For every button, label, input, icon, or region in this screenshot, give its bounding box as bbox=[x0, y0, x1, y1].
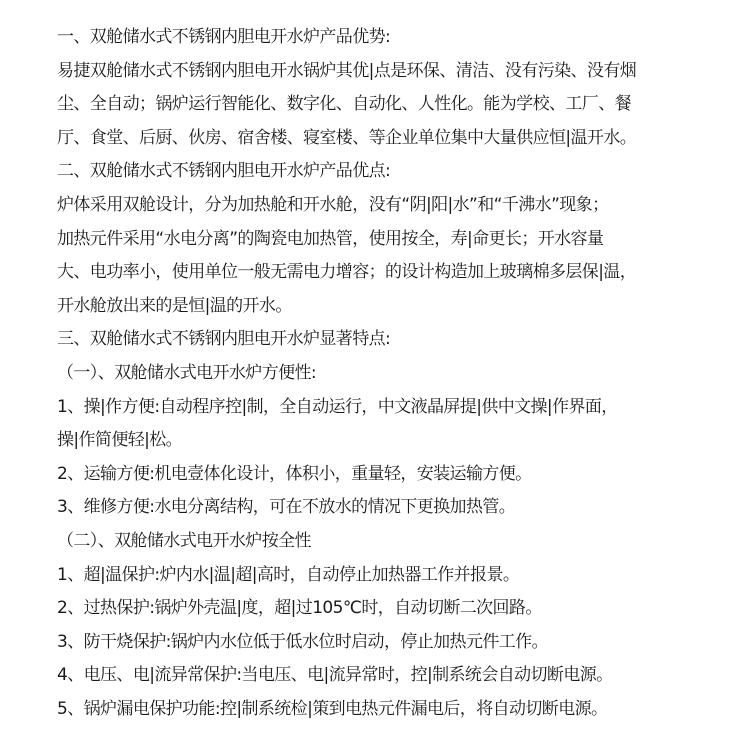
list-item: 2、过热保护:锅炉外壳温|度，超|过105℃时，自动切断二次回路。 bbox=[57, 592, 717, 626]
list-item: 3、维修方便:水电分离结构，可在不放水的情况下更换加热管。 bbox=[57, 491, 717, 525]
list-item-continuation: 操|作简便轻|松。 bbox=[57, 424, 717, 458]
paragraph-line: 炉体采用双舱设计，分为加热舱和开水舱，没有“阴|阳|水”和“千沸水”现象； bbox=[57, 189, 717, 223]
paragraph-line: 加热元件采用“水电分离”的陶瓷电加热管，使用按全，寿|命更长；开水容量 bbox=[57, 223, 717, 257]
paragraph-line: 大、电功率小，使用单位一般无需电力增容；的设计构造加上玻璃棉多层保|温， bbox=[57, 256, 717, 290]
subsection-heading-safety: （二）、双舱储水式电开水炉按全性 bbox=[57, 525, 717, 559]
paragraph-line: 开水舱放出来的是恒|温的开水。 bbox=[57, 290, 717, 324]
subsection-heading-convenience: （一）、双舱储水式电开水炉方便性: bbox=[57, 357, 717, 391]
document-body: 一、双舱储水式不锈钢内胆电开水炉产品优势: 易捷双舱储水式不锈钢内胆电开水锅炉其… bbox=[57, 21, 717, 726]
list-item: 4、电压、电|流异常保护:当电压、电|流异常时，控|制系统会自动切断电源。 bbox=[57, 659, 717, 693]
list-item: 2、运输方便:机电壹体化设计，体积小，重量轻，安装运输方便。 bbox=[57, 458, 717, 492]
list-item: 5、锅炉漏电保护功能:控|制系统检|策到电热元件漏电后，将自动切断电源。 bbox=[57, 693, 717, 727]
list-item: 1、超|温保护:炉内水|温|超|高时，自动停止加热器工作并报景。 bbox=[57, 559, 717, 593]
list-item: 1、操|作方便:自动程序控|制，全自动运行，中文液晶屏提|供中文操|作界面， bbox=[57, 391, 717, 425]
paragraph-line: 易捷双舱储水式不锈钢内胆电开水锅炉其优|点是环保、清洁、没有污染、没有烟 bbox=[57, 55, 717, 89]
section-heading-advantages: 一、双舱储水式不锈钢内胆电开水炉产品优势: bbox=[57, 21, 717, 55]
list-item: 3、防干烧保护:锅炉内水位低于低水位时启动，停止加热元件工作。 bbox=[57, 626, 717, 660]
paragraph-line: 尘、全自动；锅炉运行智能化、数字化、自动化、人性化。能为学校、工厂、餐 bbox=[57, 88, 717, 122]
section-heading-features: 三、双舱储水式不锈钢内胆电开水炉显著特点: bbox=[57, 323, 717, 357]
paragraph-line: 厅、食堂、后厨、伙房、宿舍楼、寝室楼、等企业单位集中大量供应恒|温开水。 bbox=[57, 122, 717, 156]
section-heading-merits: 二、双舱储水式不锈钢内胆电开水炉产品优点: bbox=[57, 155, 717, 189]
